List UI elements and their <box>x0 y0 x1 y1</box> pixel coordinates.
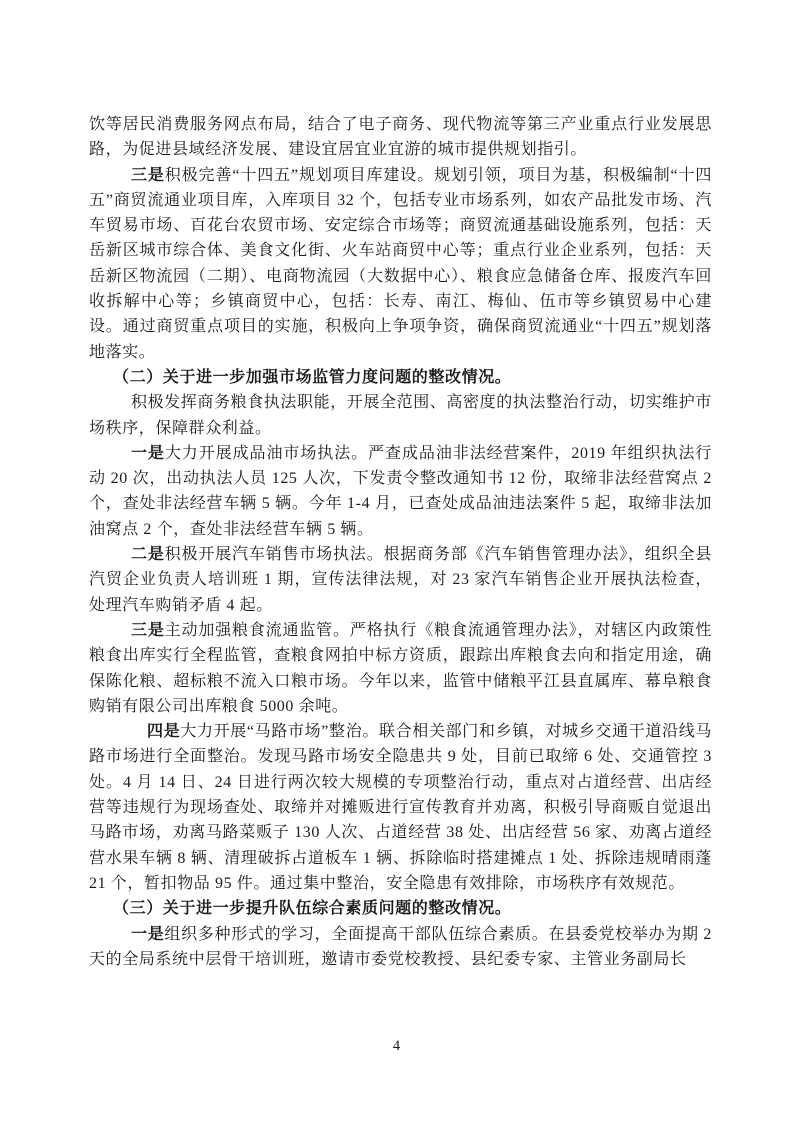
paragraph-text: 组织多种形式的学习，全面提高干部队伍综合素质。在县委党校举办为期 2 天的全局系… <box>89 926 712 968</box>
paragraph-lead: 二是 <box>131 546 165 563</box>
document-page: 饮等居民消费服务网点布局，结合了电子商务、现代物流等第三产业重点行业发展思路，为… <box>0 0 793 1122</box>
section-heading: （二）关于进一步加强市场监管力度问题的整改情况。 <box>89 365 712 390</box>
section-heading-text: （三）关于进一步提升队伍综合素质问题的整改情况。 <box>113 900 511 917</box>
paragraph-lead: 一是 <box>131 445 165 462</box>
document-body: 饮等居民消费服务网点布局，结合了电子商务、现代物流等第三产业重点行业发展思路，为… <box>89 112 712 972</box>
paragraph-text: 大力开展“马路市场”整治。联合相关部门和乡镇，对城乡交通干道沿线马路市场进行全面… <box>89 723 712 892</box>
paragraph-lead: 一是 <box>131 926 164 943</box>
page-number: 4 <box>0 1038 793 1055</box>
section-heading-text: （二）关于进一步加强市场监管力度问题的整改情况。 <box>113 369 511 386</box>
paragraph-text: 积极发挥商务粮食执法职能，开展全范围、高密度的执法整治行动，切实维护市场秩序，保… <box>89 394 712 436</box>
paragraph-text: 大力开展成品油市场执法。严查成品油非法经营案件，2019 年组织执法行动 20 … <box>89 445 712 538</box>
paragraph: 三是主动加强粮食流通监管。严格执行《粮食流通管理办法》，对辖区内政策性粮食出库实… <box>89 618 712 719</box>
paragraph-lead: 三是 <box>131 622 165 639</box>
paragraph-text: 主动加强粮食流通监管。严格执行《粮食流通管理办法》，对辖区内政策性粮食出库实行全… <box>89 622 712 715</box>
paragraph: 二是积极开展汽车销售市场执法。根据商务部《汽车销售管理办法》，组织全县汽贸企业负… <box>89 542 712 618</box>
paragraph-text: 饮等居民消费服务网点布局，结合了电子商务、现代物流等第三产业重点行业发展思路，为… <box>89 116 712 158</box>
paragraph-lead: 四是 <box>147 723 180 740</box>
paragraph: 四是大力开展“马路市场”整治。联合相关部门和乡镇，对城乡交通干道沿线马路市场进行… <box>89 719 712 896</box>
paragraph-text: 积极开展汽车销售市场执法。根据商务部《汽车销售管理办法》，组织全县汽贸企业负责人… <box>89 546 712 614</box>
paragraph: 积极发挥商务粮食执法职能，开展全范围、高密度的执法整治行动，切实维护市场秩序，保… <box>89 390 712 441</box>
paragraph: 一是组织多种形式的学习，全面提高干部队伍综合素质。在县委党校举办为期 2 天的全… <box>89 922 712 973</box>
paragraph: 一是大力开展成品油市场执法。严查成品油非法经营案件，2019 年组织执法行动 2… <box>89 441 712 542</box>
paragraph-text: 积极完善“十四五”规划项目库建设。规划引领，项目为基，积极编制“十四五”商贸流通… <box>89 167 712 361</box>
paragraph: 饮等居民消费服务网点布局，结合了电子商务、现代物流等第三产业重点行业发展思路，为… <box>89 112 712 163</box>
paragraph: 三是积极完善“十四五”规划项目库建设。规划引领，项目为基，积极编制“十四五”商贸… <box>89 163 712 365</box>
section-heading: （三）关于进一步提升队伍综合素质问题的整改情况。 <box>89 896 712 921</box>
paragraph-lead: 三是 <box>131 167 165 184</box>
